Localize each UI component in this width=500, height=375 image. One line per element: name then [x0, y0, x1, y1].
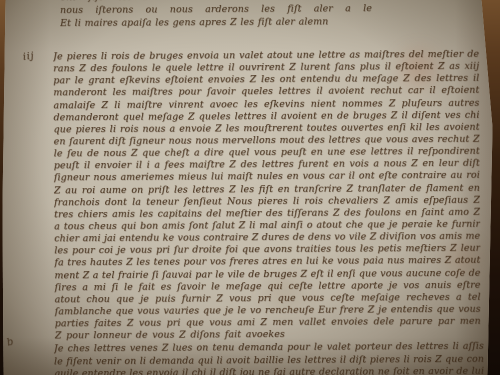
- parchment-page: ont fiſt les anous iſterons ou nous arde…: [0, 0, 500, 375]
- margin-paragraph-mark: b: [6, 336, 15, 348]
- manuscript-text-line: Et li maires apaiſa les gens apres Z les…: [60, 15, 328, 30]
- text-block-header-fragment: ont fiſt les anous iſterons ou nous arde…: [60, 0, 372, 30]
- text-block-main-paragraph: Je pieres li rois de bruges envoia un va…: [53, 49, 481, 343]
- text-block-closing-paragraph: Je ches lettres venes Z lues on tenu dem…: [54, 341, 484, 375]
- margin-numeral-iij: iij: [22, 51, 35, 63]
- manuscript-photograph: ont fiſt les anous iſterons ou nous arde…: [0, 0, 500, 375]
- manuscript-text-line: quile entendre les envoia il chi il diſt…: [54, 366, 484, 375]
- manuscript-text-line: Z pour lonneur de vous Z diſons fait avo…: [55, 329, 285, 343]
